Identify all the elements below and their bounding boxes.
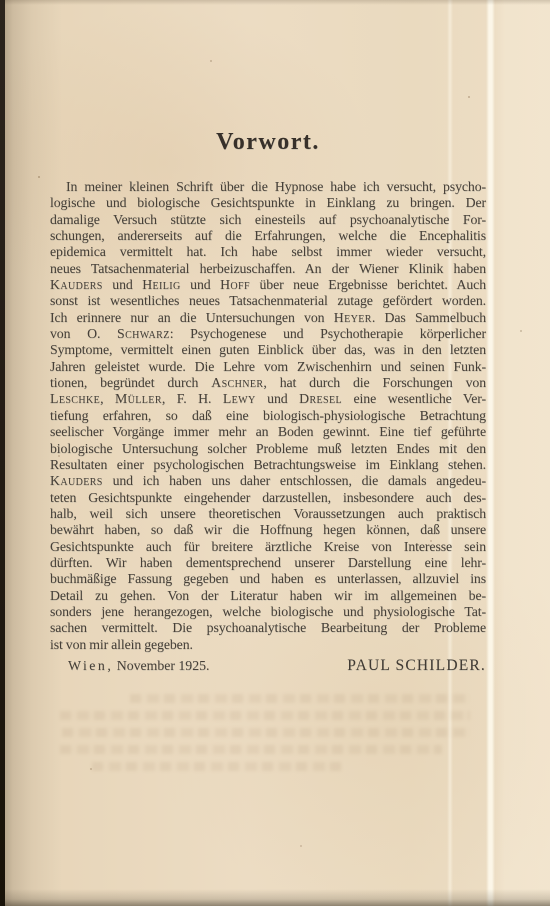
author-name: Aschner <box>211 375 263 390</box>
bleedthrough-ghost-line <box>130 694 470 703</box>
text-segment: , F. H. <box>162 391 223 406</box>
text-segment: . Das Sammelbuch <box>372 310 486 325</box>
text-segment: dürften. Wir haben dementsprechend unser… <box>50 555 486 570</box>
text-line: Symptome, vermittelt einen guten Einblic… <box>50 342 486 358</box>
text-line: schungen, andererseits auf die Erfahrung… <box>50 228 486 244</box>
dateline: Wien, November 1925. <box>50 658 209 674</box>
text-segment: tiefung erfahren, so daß eine biologisch… <box>50 408 486 423</box>
text-segment: und <box>256 391 299 406</box>
text-segment: Jahren geleistet wurde. Die Lehre vom Zw… <box>50 359 486 374</box>
text-line: In meiner kleinen Schrift über die Hypno… <box>50 179 486 195</box>
text-segment: logische und biologische Gesichtspunkte … <box>50 195 486 210</box>
text-segment: tionen, begründet durch <box>50 375 211 390</box>
text-line: Resultaten einer psychologischen Betrach… <box>50 457 486 473</box>
text-segment: Ich erinnere nur an die Untersuchungen v… <box>50 310 334 325</box>
text-segment: Wien, <box>68 658 113 673</box>
text-line: tionen, begründet durch Aschner, hat dur… <box>50 375 486 391</box>
text-line: Kauders und Heilig und Hoff über neue Er… <box>50 277 486 293</box>
scanned-book-page: Vorwort. In meiner kleinen Schrift über … <box>0 0 550 906</box>
author-name: Lewy <box>223 391 256 406</box>
author-name: Hoff <box>220 277 250 292</box>
text-segment: eine wesentliche Ver- <box>342 391 486 406</box>
text-line: bewährt haben, so daß wir die Hoffnung h… <box>50 522 486 538</box>
text-line: seelischer Vorgänge immer mehr an Boden … <box>50 424 486 440</box>
text-line: Detail zu gehen. Von der Literatur haben… <box>50 588 486 604</box>
text-line: damalige Versuch stützte sich einesteils… <box>50 212 486 228</box>
text-segment: : Psychogenese und Psychotherapie körper… <box>170 326 486 341</box>
text-line: Ich erinnere nur an die Untersuchungen v… <box>50 310 486 326</box>
text-segment: sonst ist wesentliches neues Tatsachenma… <box>50 293 486 308</box>
text-segment: über neue Ergebnisse berichtet. Auch <box>250 277 486 292</box>
author-name: Müller <box>115 391 162 406</box>
text-segment: neues Tatsachenmaterial herbeizuschaffen… <box>50 261 486 276</box>
text-line: ist von mir allein gegeben. <box>50 637 486 653</box>
text-line: neues Tatsachenmaterial herbeizuschaffen… <box>50 261 486 277</box>
text-segment: und <box>181 277 220 292</box>
text-segment: Symptome, vermittelt einen guten Einblic… <box>50 342 486 357</box>
author-name: Leschke <box>50 391 100 406</box>
text-segment: und <box>103 277 142 292</box>
text-segment: schungen, andererseits auf die Erfahrung… <box>50 228 486 243</box>
text-line: sachen vermittelt. Die psychoanalytische… <box>50 620 486 636</box>
text-segment: , <box>100 391 115 406</box>
author-name: Schwarz <box>117 326 170 341</box>
bleedthrough-ghost-line <box>92 762 342 771</box>
author-name: Heilig <box>142 277 180 292</box>
text-segment: und ich haben uns daher entschlossen, di… <box>103 473 486 488</box>
text-segment: halb, weil sich unsere theoretischen Vor… <box>50 506 486 521</box>
text-line: dürften. Wir haben dementsprechend unser… <box>50 555 486 571</box>
text-segment: sonders jene herangezogen, welche biolog… <box>50 604 486 619</box>
paper-specks <box>0 0 2 2</box>
author-name: Kauders <box>50 473 103 488</box>
text-segment: epidemica vermittelt hat. Ich habe selbs… <box>50 244 486 259</box>
author-name: Dresel <box>299 391 342 406</box>
author-name: Kauders <box>50 277 103 292</box>
text-segment: seelischer Vorgänge immer mehr an Boden … <box>50 424 486 439</box>
text-line: teten Gesichtspunkte eingehender darzust… <box>50 490 486 506</box>
text-segment: November 1925. <box>113 658 209 673</box>
text-segment: sachen vermittelt. Die psychoanalytische… <box>50 620 486 635</box>
preface-paragraph: In meiner kleinen Schrift über die Hypno… <box>50 179 486 653</box>
text-segment: von O. <box>50 326 117 341</box>
text-line: sonders jene herangezogen, welche biolog… <box>50 604 486 620</box>
text-segment: In meiner kleinen Schrift über die Hypno… <box>66 179 486 194</box>
text-segment: bewährt haben, so daß wir die Hoffnung h… <box>50 522 486 537</box>
text-line: logische und biologische Gesichtspunkte … <box>50 195 486 211</box>
text-line: Jahren geleistet wurde. Die Lehre vom Zw… <box>50 359 486 375</box>
text-segment: teten Gesichtspunkte eingehender darzust… <box>50 490 486 505</box>
text-line: Kauders und ich haben uns daher entschlo… <box>50 473 486 489</box>
text-segment: , hat durch die Forschungen von <box>263 375 486 390</box>
dateline-row: Wien, November 1925. PAUL SCHILDER. <box>50 657 486 675</box>
signature: PAUL SCHILDER. <box>347 657 486 675</box>
text-segment: Detail zu gehen. Von der Literatur haben… <box>50 588 486 603</box>
text-line: tiefung erfahren, so daß eine biologisch… <box>50 408 486 424</box>
author-name: Heyer <box>334 310 372 325</box>
text-segment: biologische Untersuchung solcher Problem… <box>50 441 486 456</box>
scan-edge-left <box>0 0 5 906</box>
text-line: von O. Schwarz: Psychogenese und Psychot… <box>50 326 486 342</box>
text-segment: damalige Versuch stützte sich einesteils… <box>50 212 486 227</box>
text-line: sonst ist wesentliches neues Tatsachenma… <box>50 293 486 309</box>
text-segment: ist von mir allein gegeben. <box>50 637 193 652</box>
text-segment: buchmäßige Fassung gegeben und haben es … <box>50 571 486 586</box>
text-line: epidemica vermittelt hat. Ich habe selbs… <box>50 244 486 260</box>
text-line: Gesichtspunkte auch für breitere ärztlic… <box>50 539 486 555</box>
text-line: biologische Untersuchung solcher Problem… <box>50 441 486 457</box>
page-title: Vorwort. <box>50 129 486 156</box>
bleedthrough-ghost-line <box>60 745 442 754</box>
bleedthrough-ghost-line <box>60 711 470 720</box>
text-line: Leschke, Müller, F. H. Lewy und Dresel e… <box>50 391 486 407</box>
text-segment: Resultaten einer psychologischen Betrach… <box>50 457 486 472</box>
text-segment: Gesichtspunkte auch für breitere ärztlic… <box>50 539 486 554</box>
text-line: halb, weil sich unsere theoretischen Vor… <box>50 506 486 522</box>
text-line: buchmäßige Fassung gegeben und haben es … <box>50 571 486 587</box>
bleedthrough-ghost-line <box>62 728 470 737</box>
